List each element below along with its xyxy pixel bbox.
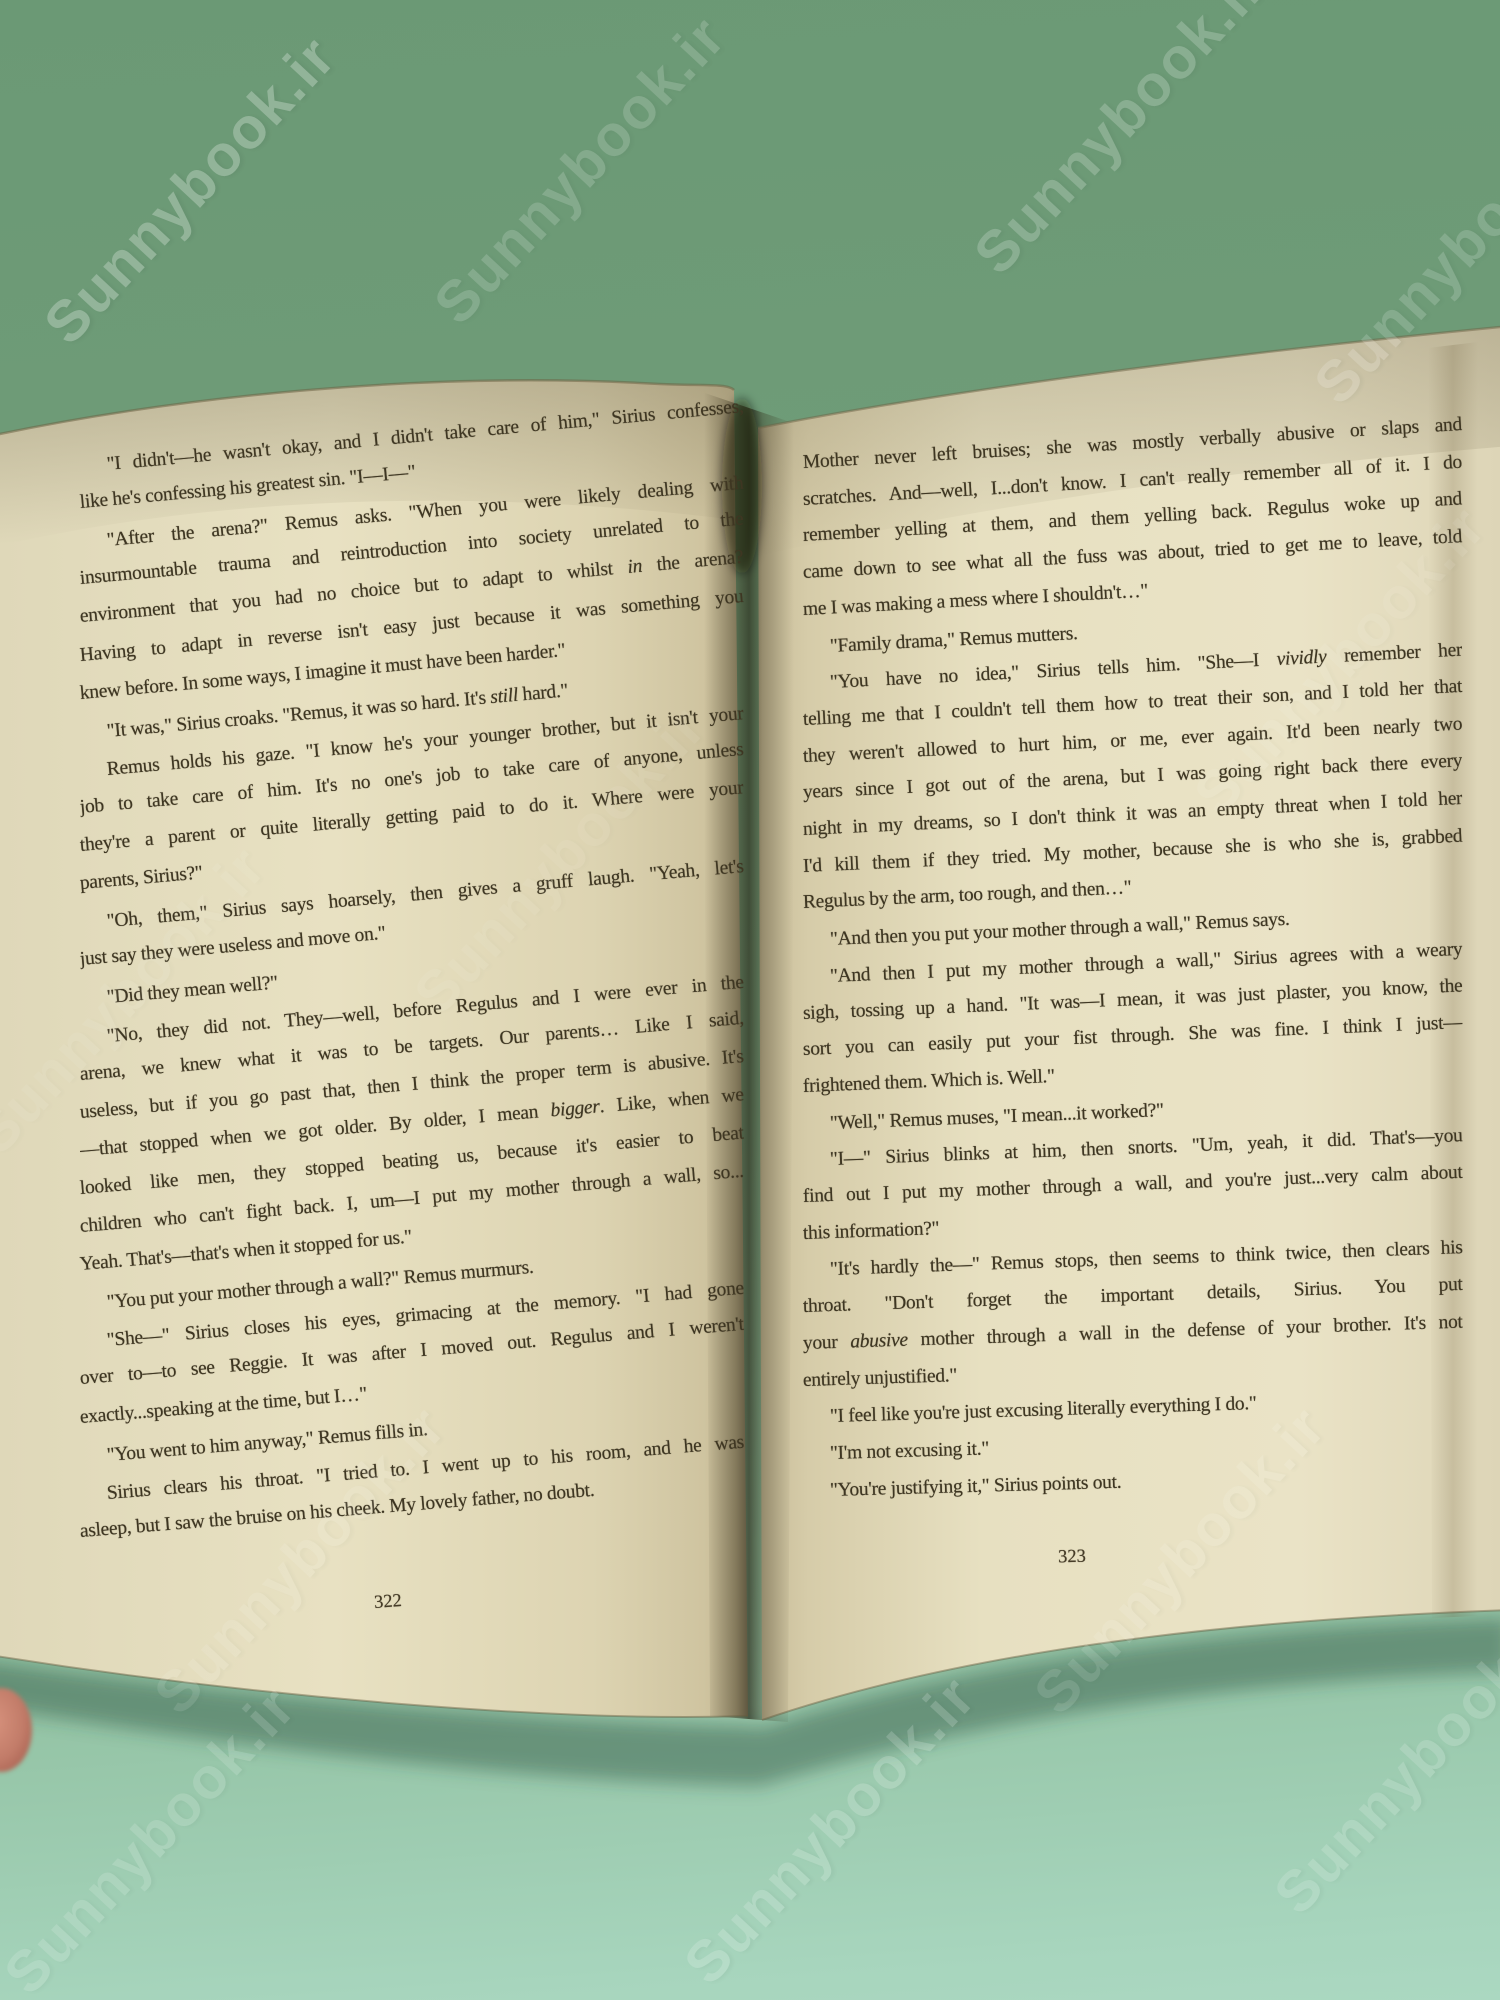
photo-open-book: "I didn't—he wasn't okay, and I didn't t… [0, 0, 1500, 2000]
page-number-right: 323 [1002, 1545, 1143, 1570]
